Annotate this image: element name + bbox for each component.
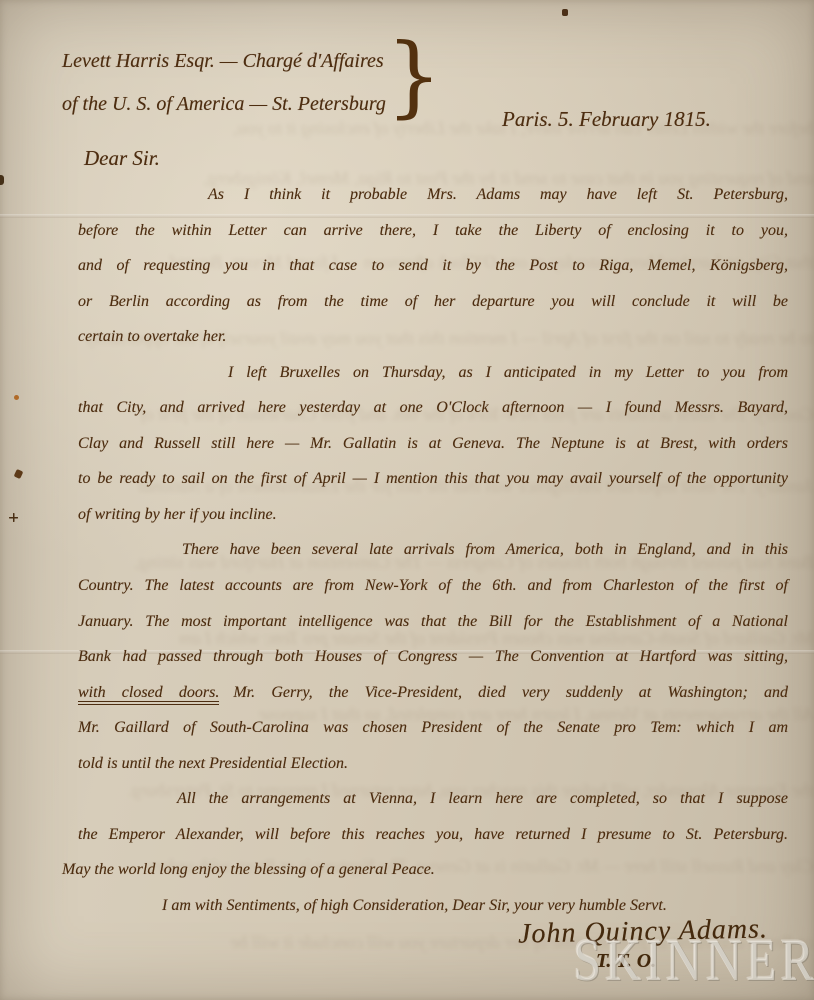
body-line: and of requesting you in that case to se… [78,248,788,284]
salutation: Dear Sir. [84,146,160,171]
body-line: Mr. Gaillard of South-Carolina was chose… [78,710,788,746]
recipient-address-block: Levett Harris Esqr. — Chargé d'Affaires … [62,40,386,126]
body-line: Bank had passed through both Houses of C… [78,639,788,675]
body-line: There have been several late arrivals fr… [78,532,788,568]
dateline: Paris. 5. February 1815. [502,107,711,132]
body-line: that City, and arrived here yesterday at… [78,390,788,426]
body-line-underlined-phrase: with closed doors.Mr. Gerry, the Vice-Pr… [78,675,788,711]
signature: John Quincy Adams. [518,913,769,950]
underlined-phrase: with closed doors. [78,684,219,705]
address-brace: } [386,26,442,126]
body-line: the Emperor Alexander, will before this … [78,817,788,853]
body-line: All the arrangements at Vienna, I learn … [78,781,788,817]
ink-speck [14,469,24,479]
recipient-line-2: of the U. S. of America — St. Petersburg [62,83,386,126]
ink-speck [14,395,19,400]
ink-speck [0,175,4,185]
ink-speck [9,513,18,522]
body-line: before the within Letter can arrive ther… [78,213,788,249]
recipient-line-1: Levett Harris Esqr. — Chargé d'Affaires [62,40,386,83]
body-line-segment: Mr. Gerry, the Vice-President, died very… [233,684,788,701]
turn-over-notation: T. T. O. [596,950,656,973]
letter-body: As I think it probable Mrs. Adams may ha… [78,177,788,923]
body-line: told is until the next Presidential Elec… [78,746,788,782]
body-line: Clay and Russell still here — Mr. Gallat… [78,426,788,462]
body-line: to be ready to sail on the first of Apri… [78,461,788,497]
body-line: certain to overtake her. [78,319,788,355]
letter-scan-page: before the within Letter can arrive ther… [0,0,814,1000]
body-line: As I think it probable Mrs. Adams may ha… [78,177,788,213]
body-line: May the world long enjoy the blessing of… [62,852,788,888]
ink-speck [562,9,568,16]
body-line: or Berlin according as from the time of … [78,284,788,320]
body-line: Country. The latest accounts are from Ne… [78,568,788,604]
body-line: I left Bruxelles on Thursday, as I antic… [78,355,788,391]
body-line: of writing by her if you incline. [78,497,788,533]
body-line: January. The most important intelligence… [78,604,788,640]
